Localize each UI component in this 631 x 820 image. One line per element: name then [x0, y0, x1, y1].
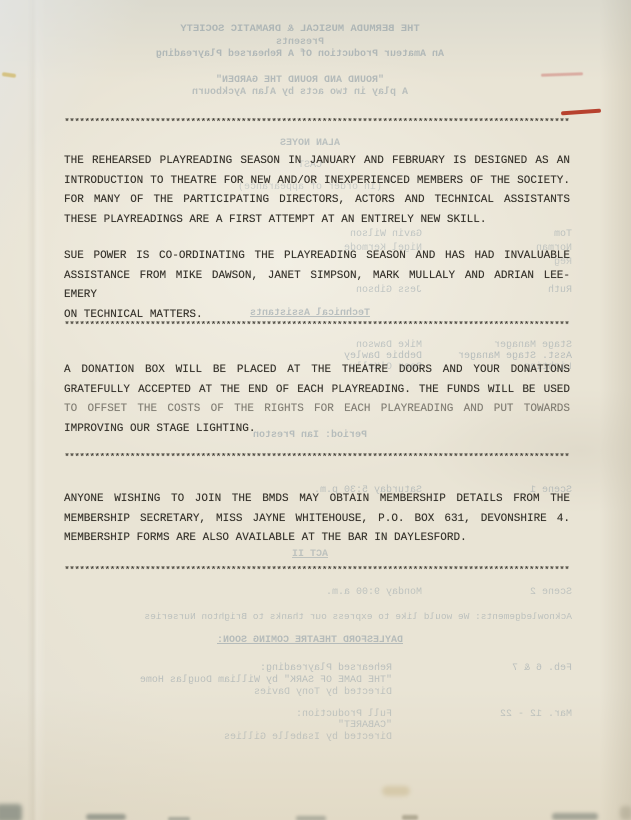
scan-edge-smudge: [402, 815, 418, 820]
scan-edge-smudge: [0, 804, 22, 820]
scanned-document-page: THE BERMUDA MUSICAL & DRAMATIC SOCIETYPr…: [0, 0, 631, 820]
pen-marks-and-smudges-layer: [0, 0, 631, 820]
scan-edge-smudge: [296, 816, 326, 820]
scan-edge-smudge: [620, 806, 631, 820]
red-pen-mark: [561, 109, 601, 115]
scan-edge-smudge: [552, 813, 598, 820]
scan-edge-smudge: [86, 814, 126, 820]
pink-pen-mark: [541, 72, 583, 76]
yellow-stain-mark: [2, 72, 16, 78]
bottom-stain: [382, 786, 410, 796]
